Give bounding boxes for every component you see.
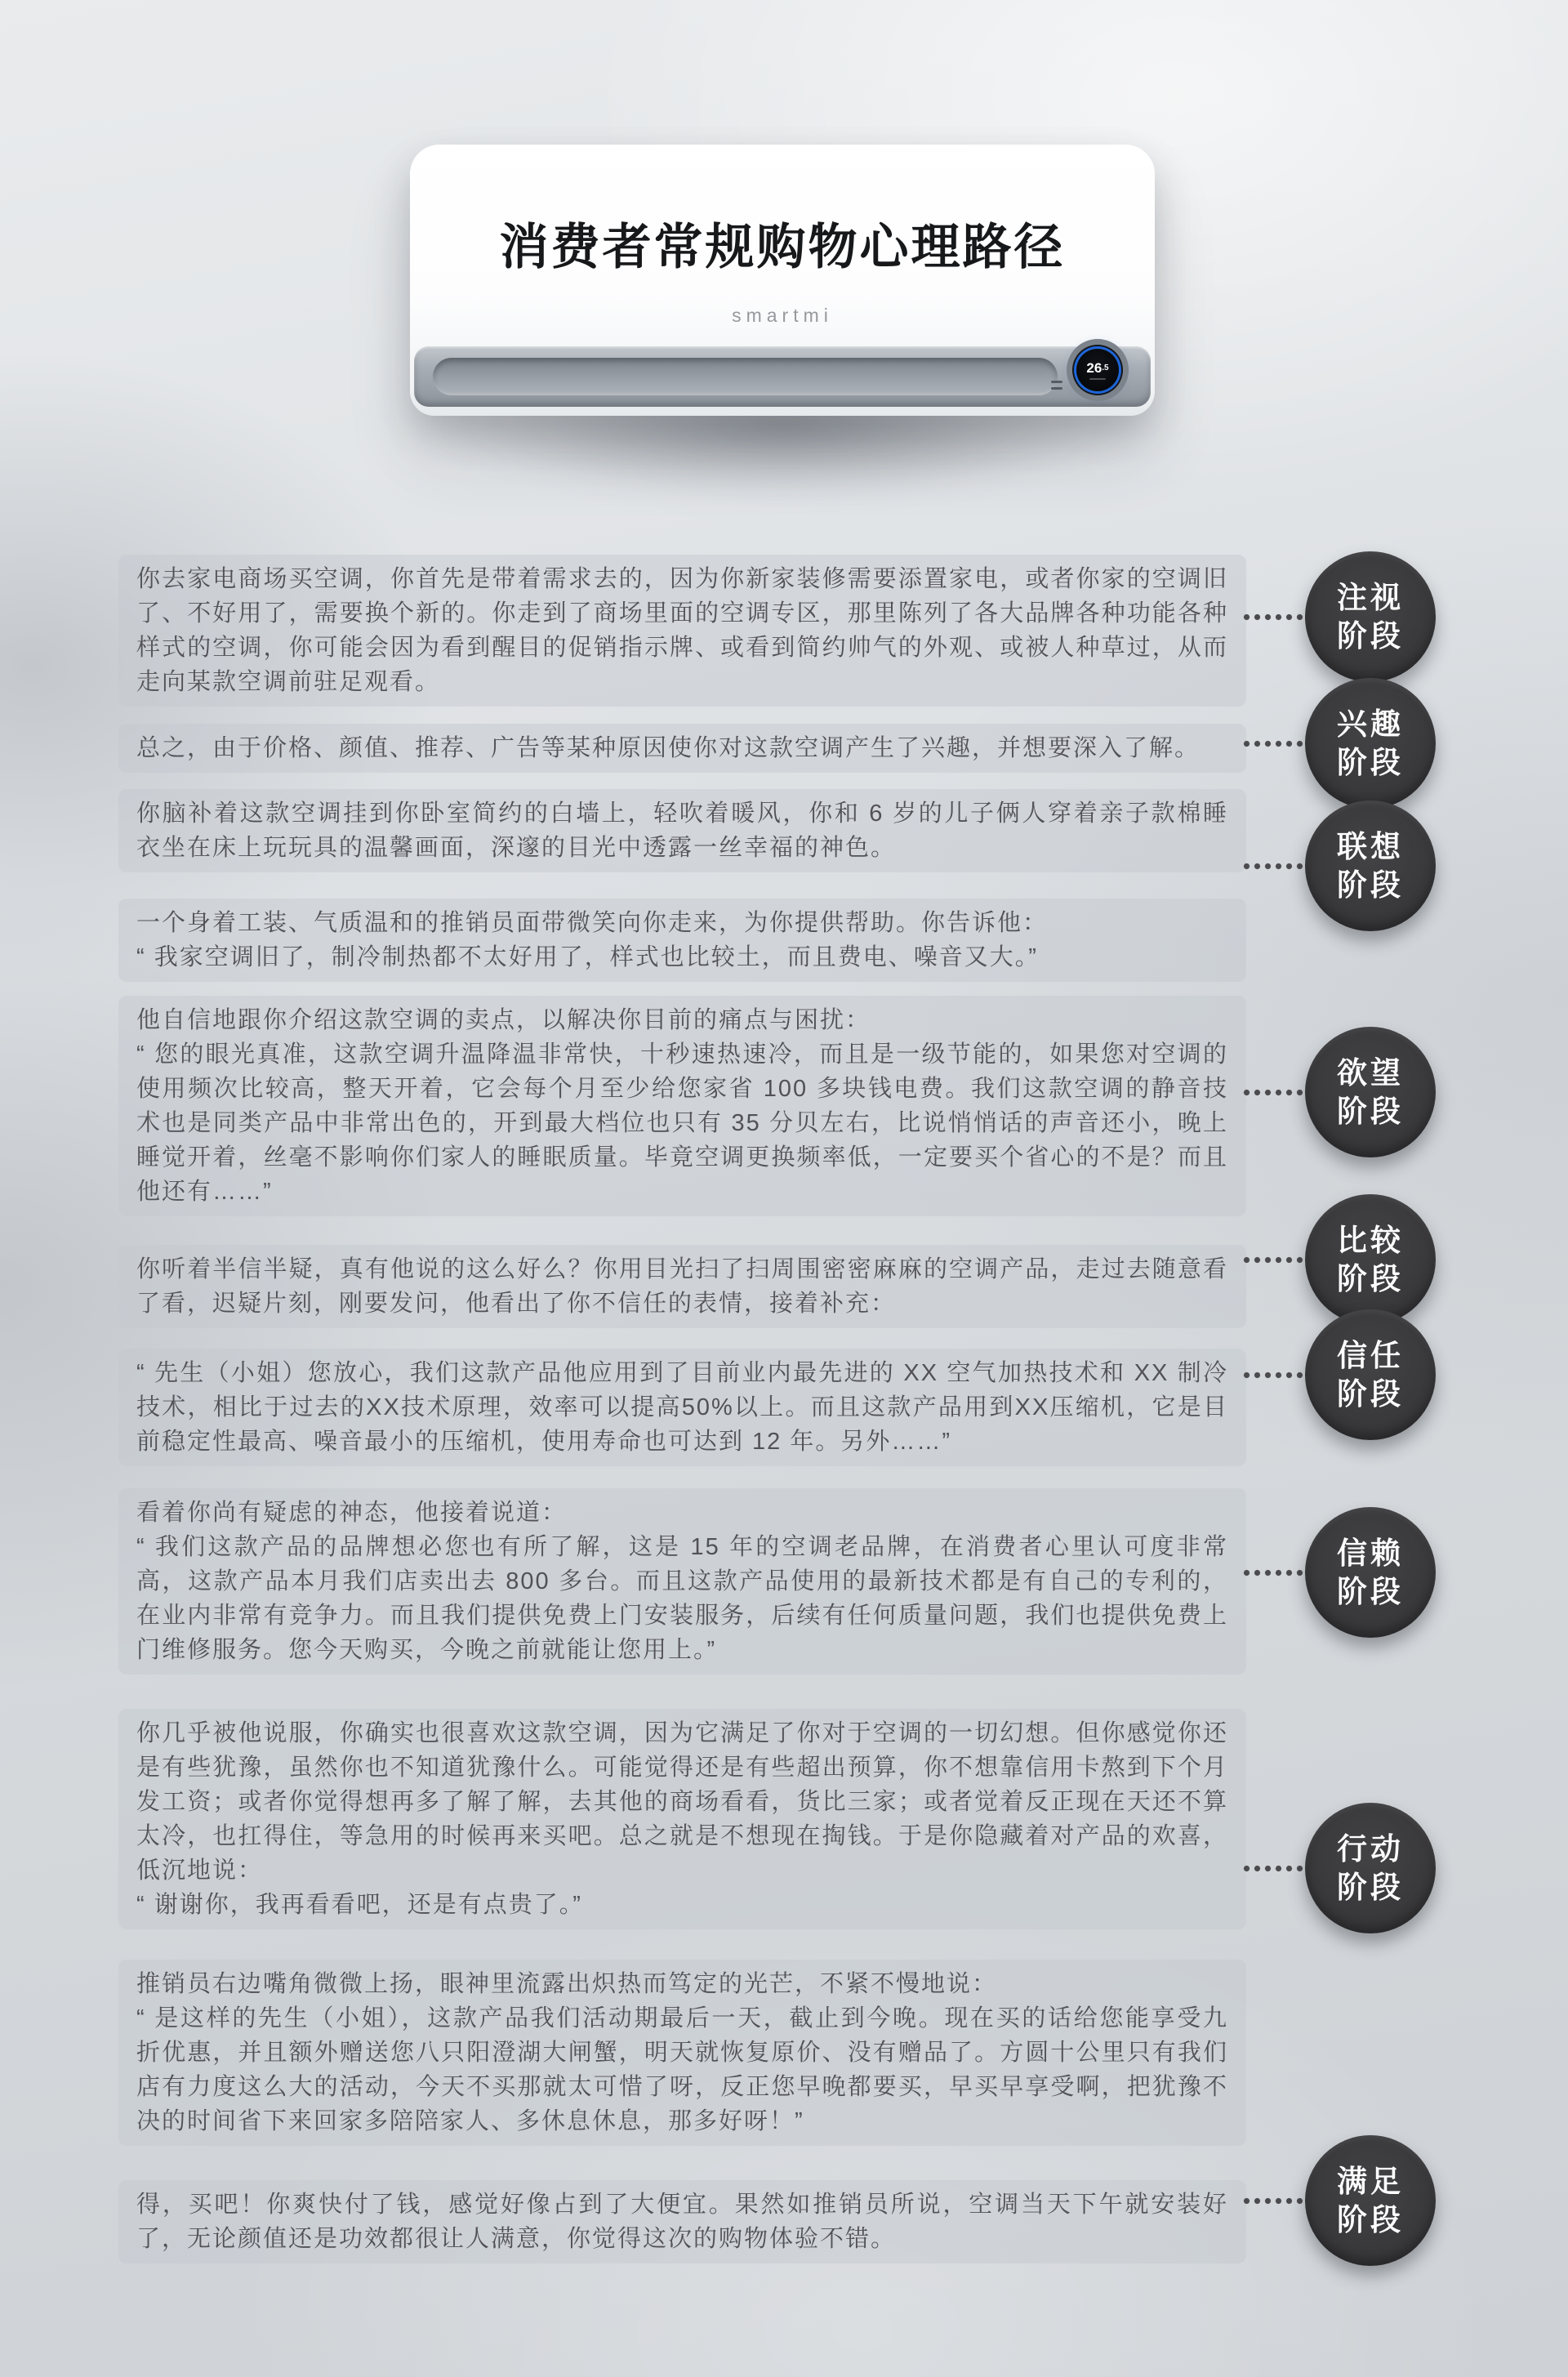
stage-line1: 注视	[1337, 578, 1404, 617]
stage-line1: 信赖	[1337, 1534, 1404, 1572]
paragraph-block-10: 推销员右边嘴角微微上扬，眼神里流露出炽热而笃定的光芒，不紧不慢地说： “ 是这样…	[118, 1960, 1246, 2146]
ac-display-dial: 26.5	[1076, 349, 1119, 391]
stage-circle-action: 行动阶段	[1305, 1803, 1436, 1933]
paragraph-block-2: 总之，由于价格、颜值、推荐、广告等某种原因使你对这款空调产生了兴趣，并想要深入了…	[118, 724, 1246, 773]
ac-vent: 26.5	[414, 346, 1151, 407]
stage-line2: 阶段	[1337, 866, 1404, 904]
infographic-canvas: 消费者常规购物心理路径 smartmi 26.5 你去家电商场买空调，你首先是带…	[0, 0, 1568, 2377]
paragraph-block-4: 一个身着工装、气质温和的推销员面带微笑向你走来，为你提供帮助。你告诉他： “ 我…	[118, 899, 1246, 982]
stage-line2: 阶段	[1337, 1375, 1404, 1413]
stage-circle-satisfaction: 满足阶段	[1305, 2135, 1436, 2266]
stage-line2: 阶段	[1337, 743, 1404, 782]
paragraph-block-9: 你几乎被他说服，你确实也很喜欢这款空调，因为它满足了你对于空调的一切幻想。但你感…	[118, 1709, 1246, 1929]
stage-line2: 阶段	[1337, 617, 1404, 655]
stage-circle-reliance: 信赖阶段	[1305, 1507, 1436, 1638]
air-conditioner: 消费者常规购物心理路径 smartmi 26.5	[410, 145, 1155, 416]
ac-display-microtext	[1089, 378, 1106, 380]
stage-connector-dots-1	[1243, 613, 1307, 621]
stage-circle-desire: 欲望阶段	[1305, 1027, 1436, 1157]
stage-circle-compare: 比较阶段	[1305, 1194, 1436, 1325]
stage-circle-interest: 兴趣阶段	[1305, 678, 1436, 809]
paragraph-block-6: 你听着半信半疑，真有他说的这么好么？你用目光扫了扫周围密密麻麻的空调产品，走过去…	[118, 1245, 1246, 1328]
paragraph-block-1: 你去家电商场买空调，你首先是带着需求去的，因为你新家装修需要添置家电，或者你家的…	[118, 555, 1246, 707]
stage-line2: 阶段	[1337, 2201, 1404, 2239]
page-title: 消费者常规购物心理路径	[410, 208, 1155, 279]
ac-vent-slot	[433, 358, 1058, 395]
ac-temperature-readout: 26.5	[1086, 361, 1108, 375]
stage-line1: 兴趣	[1337, 705, 1404, 743]
stage-line1: 比较	[1337, 1221, 1404, 1260]
stage-connector-dots-9	[1243, 2197, 1307, 2205]
stage-connector-dots-7	[1243, 1569, 1307, 1576]
stage-connector-dots-3	[1243, 863, 1307, 870]
stage-connector-dots-2	[1243, 740, 1307, 747]
stage-circle-gaze: 注视阶段	[1305, 551, 1436, 682]
stage-connector-dots-6	[1243, 1371, 1307, 1379]
paragraph-block-3: 你脑补着这款空调挂到你卧室简约的白墙上，轻吹着暖风，你和 6 岁的儿子俩人穿着亲…	[118, 789, 1246, 872]
stage-line2: 阶段	[1337, 1868, 1404, 1907]
stage-line2: 阶段	[1337, 1572, 1404, 1611]
stage-line1: 信任	[1337, 1336, 1404, 1375]
paragraph-block-7: “ 先生（小姐）您放心，我们这款产品他应用到了目前业内最先进的 XX 空气加热技…	[118, 1349, 1246, 1466]
stage-line1: 满足	[1337, 2162, 1404, 2201]
ac-vent-marks-icon	[1051, 381, 1062, 394]
stage-line1: 行动	[1337, 1830, 1404, 1868]
paragraph-block-5: 他自信地跟你介绍这款空调的卖点，以解决你目前的痛点与困扰： “ 您的眼光真准，这…	[118, 996, 1246, 1216]
stage-connector-dots-4	[1243, 1089, 1307, 1096]
stage-line1: 联想	[1337, 827, 1404, 866]
stage-circle-association: 联想阶段	[1305, 801, 1436, 931]
stage-line2: 阶段	[1337, 1260, 1404, 1298]
stage-connector-dots-5	[1243, 1256, 1307, 1264]
stage-line2: 阶段	[1337, 1092, 1404, 1131]
paragraph-block-11: 得，买吧！你爽快付了钱，感觉好像占到了大便宜。果然如推销员所说，空调当天下午就安…	[118, 2180, 1246, 2263]
stage-line1: 欲望	[1337, 1054, 1404, 1092]
paragraph-block-8: 看着你尚有疑虑的神态，他接着说道： “ 我们这款产品的品牌想必您也有所了解，这是…	[118, 1488, 1246, 1675]
stage-connector-dots-8	[1243, 1865, 1307, 1872]
stage-circle-trust: 信任阶段	[1305, 1309, 1436, 1440]
brand-logo: smartmi	[410, 305, 1155, 327]
